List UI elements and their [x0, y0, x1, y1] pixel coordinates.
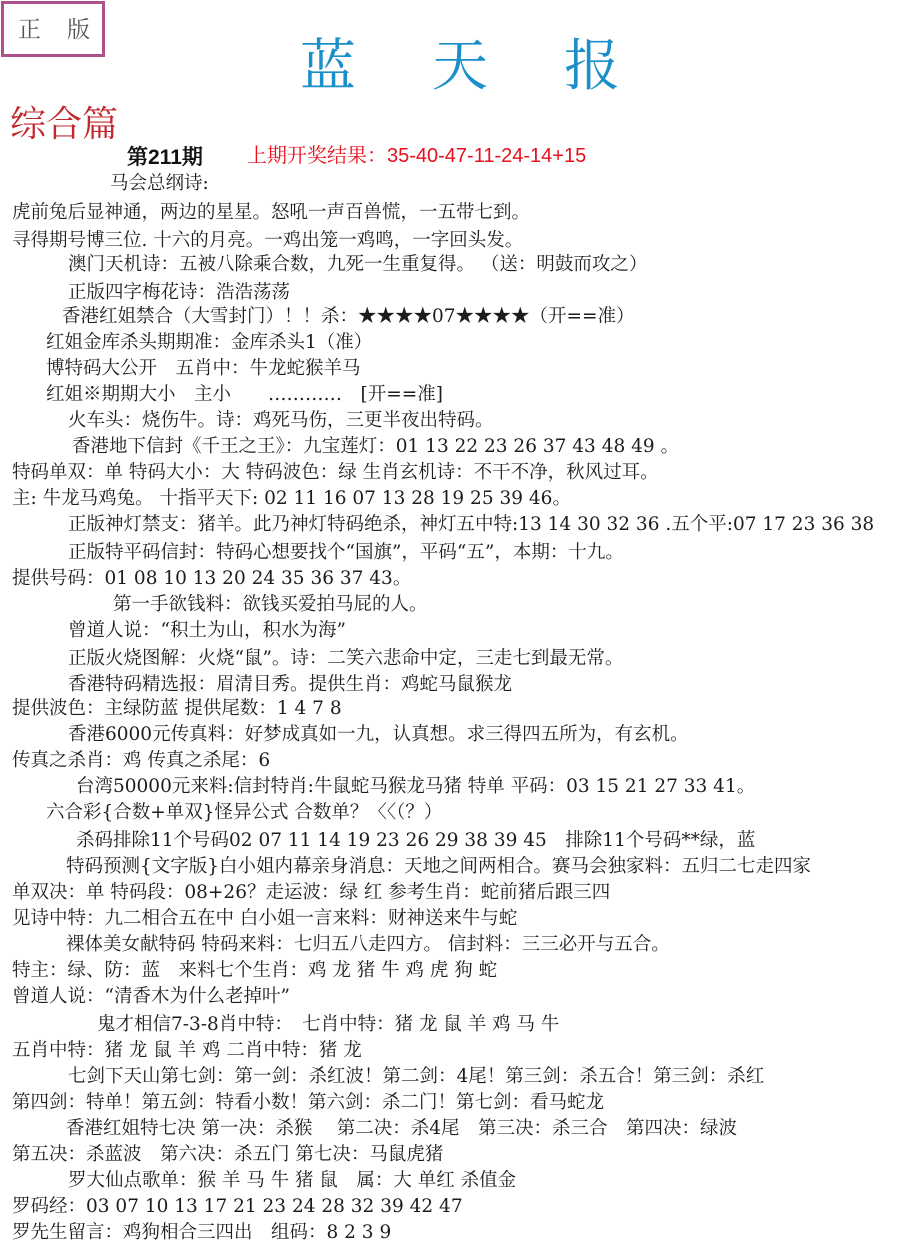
section-title: 综合篇 [10, 96, 118, 147]
text-line: 裸体美女献特码 特码来料：七归五八走四方。 信封料：三三必开与五合。 [66, 933, 670, 957]
badge-char-left: 正 [18, 11, 41, 44]
text-line: 香港红姐禁合（大雪封门）！！杀：★★★★07★★★★（开==准） [62, 305, 635, 329]
text-line: 五肖中特：猪 龙 鼠 羊 鸡 二肖中特：猪 龙 [12, 1039, 362, 1063]
text-line: 正版火烧图解：火烧“鼠”。诗：二笑六悲命中定，三走七到最无常。 [68, 647, 623, 671]
text-line: 第四剑：特单！第五剑：特看小数！第六剑：杀二门！第七剑：看马蛇龙 [12, 1091, 604, 1115]
text-line: 单双决：单 特码段：08+26？走运波：绿 红 参考生肖：蛇前猪后跟三四 [12, 881, 610, 905]
text-line: 杀码排除11个号码02 07 11 14 19 23 26 29 38 39 4… [76, 829, 755, 853]
text-line: 见诗中特：九二相合五在中 白小姐一言来料：财神送来牛与蛇 [12, 907, 517, 931]
masthead-title: 蓝 天 报 [300, 22, 620, 102]
text-line: 第一手欲钱料：欲钱买爱拍马屁的人。 [113, 593, 428, 617]
text-line: 正版神灯禁支：猪羊。此乃神灯特码绝杀，神灯五中特:13 14 30 32 36 … [68, 513, 874, 537]
last-draw-result: 上期开奖结果：35-40-47-11-24-14+15 [247, 139, 586, 168]
text-line: 红姐※期期大小 主小 ………… [开==准] [46, 383, 443, 407]
text-line: 曾道人说：“清香木为什么老掉叶” [12, 985, 290, 1009]
text-line: 特码预测{文字版}白小姐内幕亲身消息：天地之间两相合。赛马会独家料：五归二七走四… [66, 855, 811, 879]
masthead-char: 天 [432, 22, 488, 102]
masthead-char: 报 [564, 22, 620, 102]
text-line: 博特码大公开 五肖中：牛龙蛇猴羊马 [46, 357, 361, 381]
text-line: 火车头：烧伤牛。诗：鸡死马伤，三更半夜出特码。 [68, 409, 494, 433]
text-line: 主: 牛龙马鸡兔。 十指平天下: 02 11 16 07 13 28 19 25… [12, 487, 571, 511]
text-line: 澳门天机诗：五被八除乘合数，九死一生重复得。 （送：明鼓而攻之） [68, 253, 647, 277]
text-line: 第五决：杀蓝波 第六决：杀五门 第七决：马鼠虎猪 [12, 1143, 443, 1167]
text-line: 香港特码精选报：眉清目秀。提供生肖：鸡蛇马鼠猴龙 [68, 673, 512, 697]
text-line: 正版特平码信封：特码心想要找个“国旗”，平码“五”，本期：十九。 [68, 541, 624, 565]
badge-char-right: 版 [67, 11, 90, 44]
text-line: 台湾50000元来料:信封特肖:牛鼠蛇马猴龙马猪 特单 平码：03 15 21 … [76, 775, 755, 799]
text-line: 正版四字梅花诗：浩浩荡荡 [68, 281, 290, 305]
masthead-char: 蓝 [300, 22, 356, 102]
text-line: 马会总纲诗: [110, 172, 209, 196]
text-line: 香港6000元传真料：好梦成真如一九，认真想。求三得四五所为，有玄机。 [68, 723, 689, 747]
text-line: 香港红姐特七决 第一决：杀猴 第二决：杀4尾 第三决：杀三合 第四决：绿波 [66, 1117, 737, 1141]
issue-number: 第211期 [127, 141, 203, 171]
text-line: 传真之杀肖：鸡 传真之杀尾：6 [12, 749, 270, 773]
text-line: 特主：绿、防：蓝 来料七个生肖：鸡 龙 猪 牛 鸡 虎 狗 蛇 [12, 959, 497, 983]
text-line: 虎前兔后显神通，两边的星星。怒吼一声百兽慌，一五带七到。 [12, 201, 530, 225]
text-line: 七剑下天山第七剑：第一剑：杀红波！第二剑：4尾！第三剑：杀五合！第三剑：杀红 [68, 1065, 764, 1089]
text-line: 罗码经：03 07 10 13 17 21 23 24 28 32 39 42 … [12, 1195, 463, 1219]
genuine-edition-badge: 正 版 [1, 1, 105, 57]
text-line: 寻得期号博三位. 十六的月亮。一鸡出笼一鸡鸣，一字回头发。 [12, 229, 523, 253]
text-line: 红姐金库杀头期期准：金库杀头1（准） [46, 331, 372, 355]
text-line: 香港地下信封《千王之王》：九宝莲灯：01 13 22 23 26 37 43 4… [72, 435, 679, 459]
text-line: 提供波色：主绿防蓝 提供尾数：1 4 7 8 [12, 697, 342, 721]
text-line: 罗先生留言：鸡狗相合三四出 组码：8 2 3 9 [12, 1221, 391, 1244]
text-line: 曾道人说：“积土为山，积水为海” [68, 619, 346, 643]
text-line: 罗大仙点歌单：猴 羊 马 牛 猪 鼠 属：大 单红 杀值金 [68, 1169, 516, 1193]
text-line: 鬼才相信7-3-8肖中特： 七肖中特：猪 龙 鼠 羊 鸡 马 牛 [97, 1013, 559, 1037]
text-line: 特码单双：单 特码大小：大 特码波色：绿 生肖玄机诗：不干不净，秋风过耳。 [12, 461, 659, 485]
text-line: 提供号码：01 08 10 13 20 24 35 36 37 43。 [12, 567, 411, 591]
text-line: 六合彩{合数+单双}怪异公式 合数单？〈〈（？） [46, 801, 442, 825]
